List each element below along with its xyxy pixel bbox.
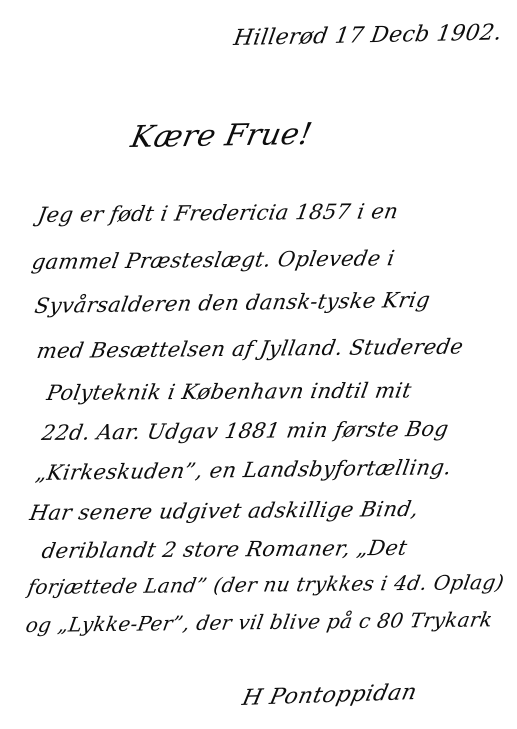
- letter-body-line: med Besættelsen af Jylland. Studerede: [35, 335, 465, 363]
- letter-dateline: Hillerød 17 Decb 1902.: [232, 20, 504, 51]
- letter-body-line: deriblandt 2 store Romaner, „Det: [40, 536, 409, 563]
- letter-body-line: 22d. Aar. Udgav 1881 min første Bog: [40, 417, 450, 445]
- letter-salutation: Kære Frue!: [128, 117, 315, 155]
- letter-body-line: gammel Præsteslægt. Oplevede i: [30, 246, 397, 274]
- letter-signature: H Pontoppidan: [240, 680, 419, 711]
- letter-page: Hillerød 17 Decb 1902. Kære Frue! Jeg er…: [0, 0, 517, 729]
- letter-body-line: Har senere udgivet adskillige Bind,: [28, 497, 420, 525]
- letter-body-line: Syvårsalderen den dansk-tyske Krig: [33, 288, 432, 318]
- letter-body-line: „Kirkeskuden”, en Landsbyfortælling.: [34, 455, 453, 485]
- letter-body-line: Polyteknik i København indtil mit: [45, 378, 413, 405]
- letter-body-line: Jeg er født i Fredericia 1857 i en: [36, 199, 400, 227]
- letter-body-line: og „Lykke-Per”, der vil blive på c 80 Tr…: [24, 607, 494, 637]
- letter-body-line: forjættede Land” (der nu trykkes i 4d. O…: [26, 570, 506, 599]
